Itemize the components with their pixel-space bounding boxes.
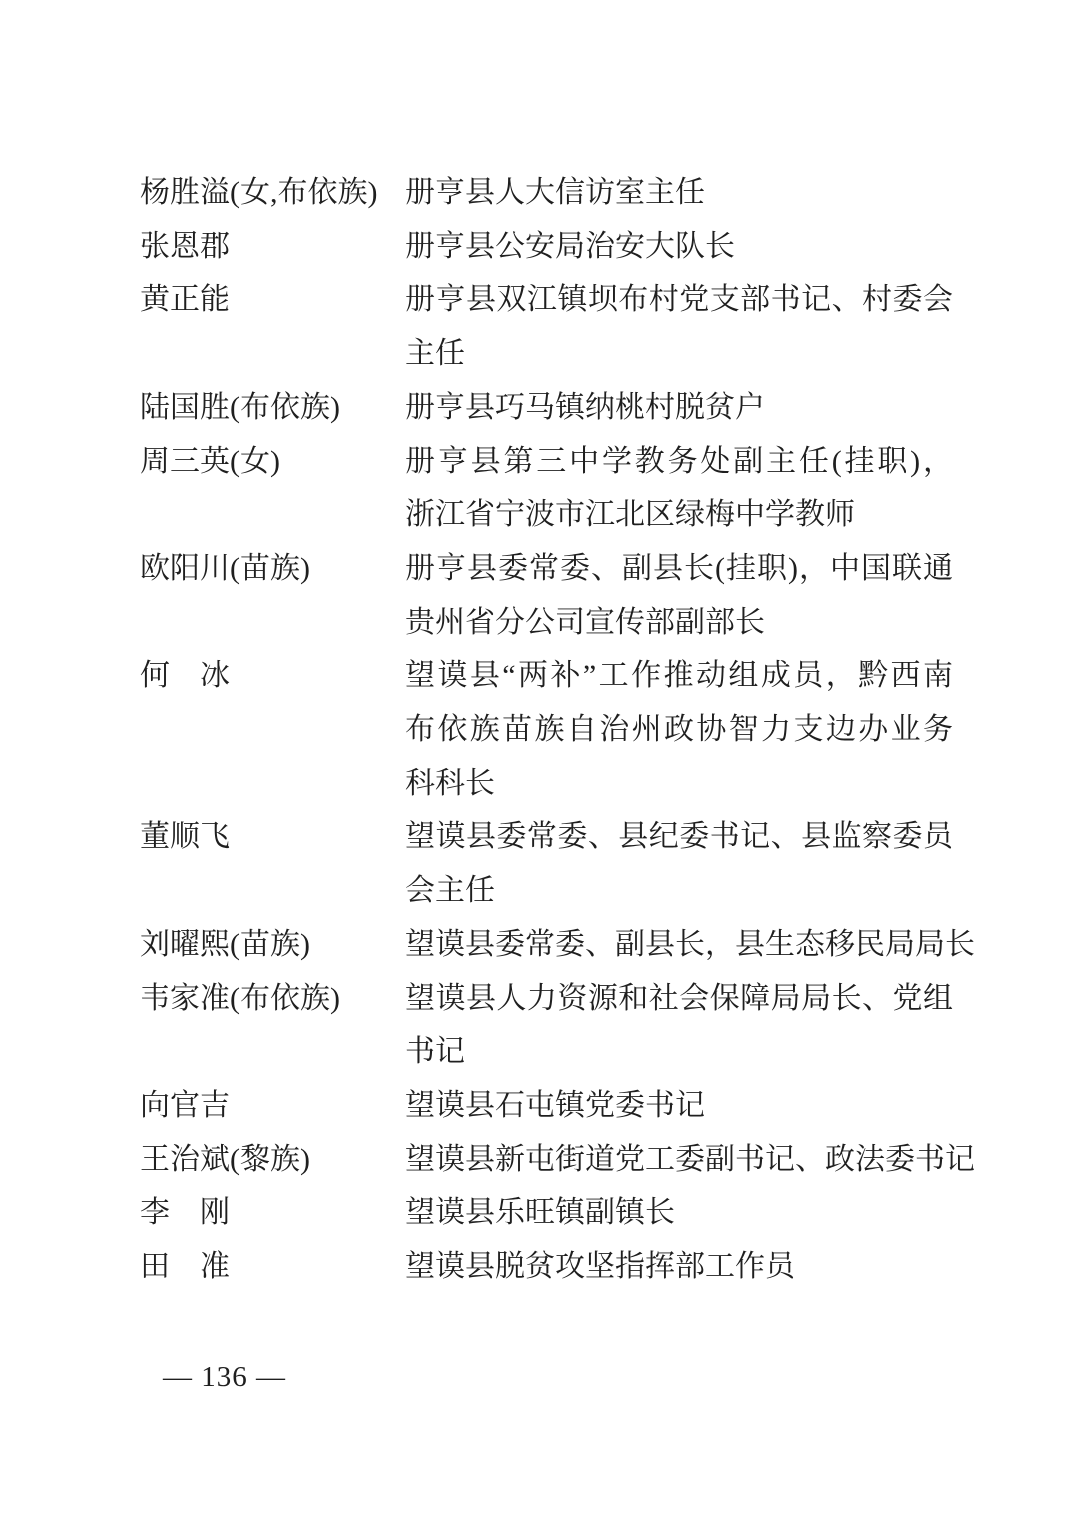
roster-entry: 张恩郡册亨县公安局治安大队长 — [140, 220, 955, 274]
person-position: 望谟县“两补”工作推动组成员，黔西南布依族苗族自治州政协智力支边办业务科科长 — [405, 649, 953, 810]
roster-entry: 刘曜熙(苗族)望谟县委常委、副县长，县生态移民局局长 — [140, 918, 955, 972]
position-line: 书记 — [405, 1025, 953, 1079]
person-name: 向官吉 — [140, 1079, 405, 1133]
person-position: 册亨县第三中学教务处副主任(挂职)，浙江省宁波市江北区绿梅中学教师 — [405, 435, 953, 542]
position-line: 册亨县巧马镇纳桃村脱贫户 — [405, 381, 953, 435]
position-line: 望谟县乐旺镇副镇长 — [405, 1186, 953, 1240]
position-line: 册亨县人大信访室主任 — [405, 166, 953, 220]
roster-entry: 黄正能册亨县双江镇坝布村党支部书记、村委会主任 — [140, 273, 955, 380]
roster-entry: 田 准望谟县脱贫攻坚指挥部工作员 — [140, 1240, 955, 1294]
person-position: 望谟县石屯镇党委书记 — [405, 1079, 953, 1133]
position-line: 望谟县“两补”工作推动组成员，黔西南 — [405, 649, 953, 703]
person-name: 黄正能 — [140, 273, 405, 327]
position-line: 会主任 — [405, 864, 953, 918]
page-number-label: — 136 — — [163, 1361, 286, 1393]
person-name: 周三英(女) — [140, 435, 405, 489]
position-line: 册亨县委常委、副县长(挂职)，中国联通 — [405, 542, 953, 596]
position-line: 望谟县新屯街道党工委副书记、政法委书记 — [405, 1133, 953, 1187]
roster-list: 杨胜溢(女,布依族)册亨县人大信访室主任张恩郡册亨县公安局治安大队长黄正能册亨县… — [140, 166, 955, 1294]
roster-entry: 杨胜溢(女,布依族)册亨县人大信访室主任 — [140, 166, 955, 220]
person-position: 望谟县新屯街道党工委副书记、政法委书记 — [405, 1133, 953, 1187]
person-position: 册亨县委常委、副县长(挂职)，中国联通贵州省分公司宣传部副部长 — [405, 542, 953, 649]
roster-entry: 韦家准(布依族)望谟县人力资源和社会保障局局长、党组书记 — [140, 972, 955, 1079]
person-name: 何 冰 — [140, 649, 405, 703]
page-footer: — 136 — — [163, 1352, 286, 1402]
person-name: 董顺飞 — [140, 810, 405, 864]
position-line: 望谟县委常委、县纪委书记、县监察委员 — [405, 810, 953, 864]
person-name: 田 准 — [140, 1240, 405, 1294]
person-position: 望谟县人力资源和社会保障局局长、党组书记 — [405, 972, 953, 1079]
person-name: 杨胜溢(女,布依族) — [140, 166, 405, 220]
position-line: 浙江省宁波市江北区绿梅中学教师 — [405, 488, 953, 542]
roster-entry: 陆国胜(布依族)册亨县巧马镇纳桃村脱贫户 — [140, 381, 955, 435]
document-page: 杨胜溢(女,布依族)册亨县人大信访室主任张恩郡册亨县公安局治安大队长黄正能册亨县… — [0, 0, 1080, 1527]
person-position: 册亨县巧马镇纳桃村脱贫户 — [405, 381, 953, 435]
person-name: 张恩郡 — [140, 220, 405, 274]
roster-entry: 欧阳川(苗族)册亨县委常委、副县长(挂职)，中国联通贵州省分公司宣传部副部长 — [140, 542, 955, 649]
person-position: 望谟县乐旺镇副镇长 — [405, 1186, 953, 1240]
roster-entry: 向官吉望谟县石屯镇党委书记 — [140, 1079, 955, 1133]
position-line: 望谟县人力资源和社会保障局局长、党组 — [405, 972, 953, 1026]
roster-entry: 王治斌(黎族)望谟县新屯街道党工委副书记、政法委书记 — [140, 1133, 955, 1187]
position-line: 望谟县石屯镇党委书记 — [405, 1079, 953, 1133]
position-line: 望谟县委常委、副县长，县生态移民局局长 — [405, 918, 953, 972]
position-line: 主任 — [405, 327, 953, 381]
position-line: 册亨县第三中学教务处副主任(挂职)， — [405, 435, 953, 489]
position-line: 贵州省分公司宣传部副部长 — [405, 596, 953, 650]
position-line: 布依族苗族自治州政协智力支边办业务 — [405, 703, 953, 757]
person-name: 陆国胜(布依族) — [140, 381, 405, 435]
person-position: 册亨县公安局治安大队长 — [405, 220, 953, 274]
person-position: 册亨县双江镇坝布村党支部书记、村委会主任 — [405, 273, 953, 380]
position-line: 望谟县脱贫攻坚指挥部工作员 — [405, 1240, 953, 1294]
position-line: 科科长 — [405, 757, 953, 811]
person-position: 望谟县脱贫攻坚指挥部工作员 — [405, 1240, 953, 1294]
person-position: 望谟县委常委、县纪委书记、县监察委员会主任 — [405, 810, 953, 917]
roster-entry: 何 冰望谟县“两补”工作推动组成员，黔西南布依族苗族自治州政协智力支边办业务科科… — [140, 649, 955, 810]
position-line: 册亨县公安局治安大队长 — [405, 220, 953, 274]
roster-entry: 李 刚望谟县乐旺镇副镇长 — [140, 1186, 955, 1240]
person-name: 韦家准(布依族) — [140, 972, 405, 1026]
roster-entry: 董顺飞望谟县委常委、县纪委书记、县监察委员会主任 — [140, 810, 955, 917]
roster-entry: 周三英(女)册亨县第三中学教务处副主任(挂职)，浙江省宁波市江北区绿梅中学教师 — [140, 435, 955, 542]
position-line: 册亨县双江镇坝布村党支部书记、村委会 — [405, 273, 953, 327]
person-name: 欧阳川(苗族) — [140, 542, 405, 596]
person-name: 王治斌(黎族) — [140, 1133, 405, 1187]
person-position: 望谟县委常委、副县长，县生态移民局局长 — [405, 918, 953, 972]
person-name: 刘曜熙(苗族) — [140, 918, 405, 972]
person-name: 李 刚 — [140, 1186, 405, 1240]
person-position: 册亨县人大信访室主任 — [405, 166, 953, 220]
